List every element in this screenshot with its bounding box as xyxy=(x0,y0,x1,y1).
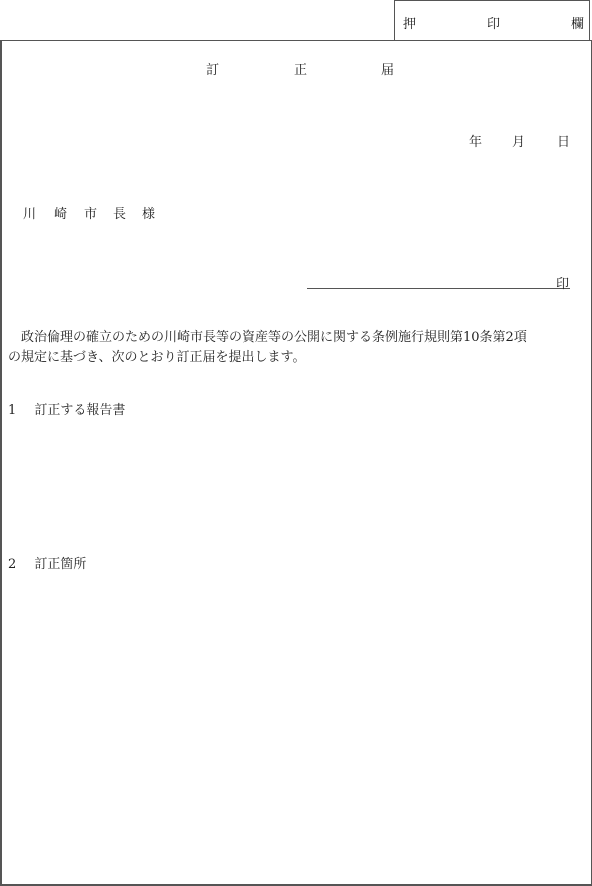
addressee-char: 崎 xyxy=(54,203,67,222)
section-report-to-correct: 1 訂正する報告書 xyxy=(8,399,125,418)
addressee-char: 川 xyxy=(23,203,36,222)
title-char: 正 xyxy=(294,59,307,78)
date-year-label: 年 xyxy=(469,131,482,150)
declaration-line-1: 政治倫理の確立のための川崎市長等の資産等の公開に関する条例施行規則第10条第2項 xyxy=(8,328,588,348)
section-label: 訂正する報告書 xyxy=(34,403,125,418)
signature-line[interactable] xyxy=(307,288,570,289)
stamp-label-char: 印 xyxy=(487,13,500,32)
declaration-text: 政治倫理の確立のための川崎市長等の資産等の公開に関する条例施行規則第10条第2項… xyxy=(8,328,588,368)
date-month-label: 月 xyxy=(512,131,525,150)
stamp-label-char: 押 xyxy=(403,13,416,32)
date-day-label: 日 xyxy=(557,131,570,150)
stamp-label-char: 欄 xyxy=(571,13,584,32)
seal-mark: 印 xyxy=(556,273,569,292)
addressee-char: 長 xyxy=(113,203,126,222)
title-char: 届 xyxy=(381,59,394,78)
section-number: 2 xyxy=(8,557,16,572)
section-number: 1 xyxy=(8,403,16,418)
stamp-field-box: 押 印 欄 xyxy=(394,0,590,40)
addressee-char: 様 xyxy=(142,203,155,222)
declaration-line-2: の規定に基づき、次のとおり訂正届を提出します。 xyxy=(8,348,588,368)
section-correction-location: 2 訂正箇所 xyxy=(8,553,86,572)
form-body xyxy=(0,40,592,886)
title-char: 訂 xyxy=(206,59,219,78)
addressee-char: 市 xyxy=(84,203,97,222)
section-label: 訂正箇所 xyxy=(34,557,86,572)
